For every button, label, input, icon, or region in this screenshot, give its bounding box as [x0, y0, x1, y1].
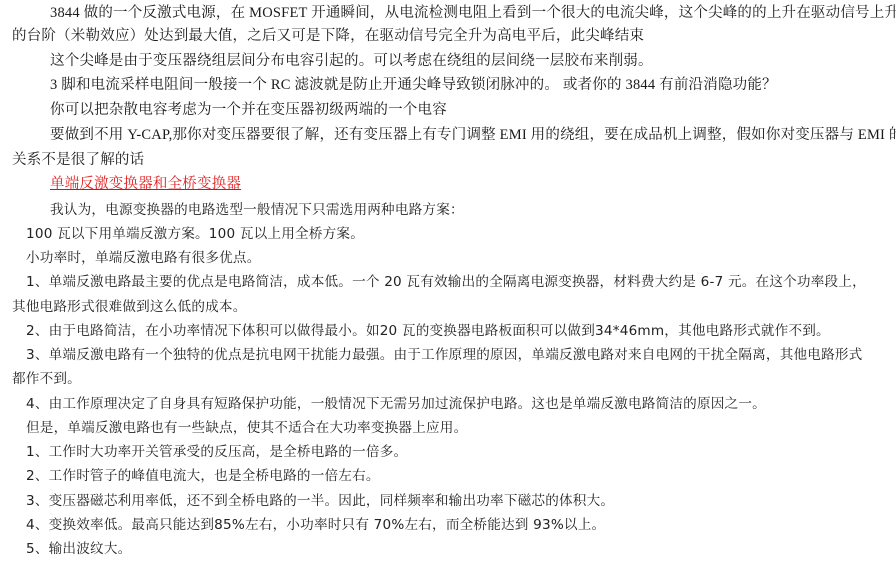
disadvantage-item-3: 3、变压器磁芯利用率低，还不到全桥电路的一半。因此，同样频率和输出功率下磁芯的体… — [26, 491, 614, 511]
advantage-item-2: 2、由于电路简洁，在小功率情况下体积可以做得最小。如20 瓦的变换器电路板面积可… — [26, 321, 830, 341]
paragraph-stray-capacitance: 你可以把杂散电容考虑为一个并在变压器初级两端的一个电容 — [50, 100, 447, 120]
advantage-item-3: 3、单端反激电路有一个独特的优点是抗电网干扰能力最强。由于工作原理的原因，单端反… — [26, 345, 862, 365]
document-page: 3844 做的一个反激式电源，在 MOSFET 开通瞬间，从电流检测电阻上看到一… — [0, 0, 896, 571]
disadvantage-item-2: 2、工作时管子的峰值电流大，也是全桥电路的一倍左右。 — [26, 466, 380, 486]
paragraph-mosfet-spike-cont: 的台阶（米勒效应）处达到最大值，之后又可是下降，在驱动信号完全升为高电平后，此尖… — [12, 26, 644, 46]
advantage-item-1: 1、单端反激电路最主要的优点是电路简洁，成本低。一个 20 瓦有效输出的全隔离电… — [26, 272, 866, 292]
paragraph-disadvantages-intro: 但是，单端反激电路也有一些缺点，使其不适合在大功率变换器上应用。 — [26, 418, 467, 438]
advantage-item-1-cont: 其他电路形式很难做到这么低的成本。 — [12, 297, 247, 317]
disadvantage-item-5: 5、输出波纹大。 — [26, 539, 131, 559]
paragraph-rc-filter: 3 脚和电流采样电阻间一般接一个 RC 滤波就是防止开通尖峰导致锁闭脉冲的。 或… — [50, 75, 777, 95]
paragraph-ycap: 要做到不用 Y-CAP,那你对变压器要很了解，还有变压器上有专门调整 EMI 用… — [50, 125, 896, 145]
advantage-item-3-cont: 都作不到。 — [12, 369, 81, 389]
paragraph-intro: 我认为，电源变换器的电路选型一般情况下只需选用两种电路方案： — [50, 200, 464, 220]
paragraph-ycap-cont: 关系不是很了解的话 — [12, 150, 144, 170]
advantage-item-4: 4、由工作原理决定了自身具有短路保护功能，一般情况下无需另加过流保护电路。这也是… — [26, 394, 766, 414]
article-link-flyback-vs-fullbridge[interactable]: 单端反激变换器和全桥变换器 — [50, 174, 241, 194]
paragraph-low-power-advantages: 小功率时，单端反激电路有很多优点。 — [26, 248, 261, 268]
disadvantage-item-4: 4、变换效率低。最高只能达到85%左右，小功率时只有 70%左右，而全桥能达到 … — [26, 515, 605, 535]
paragraph-100w-rule: 100 瓦以下用单端反激方案。100 瓦以上用全桥方案。 — [26, 224, 364, 244]
paragraph-mosfet-spike: 3844 做的一个反激式电源，在 MOSFET 开通瞬间，从电流检测电阻上看到一… — [50, 3, 896, 23]
paragraph-spike-cause: 这个尖峰是由于变压器绕组层间分布电容引起的。可以考虑在绕组的层间绕一层胶布来削弱… — [50, 51, 653, 71]
disadvantage-item-1: 1、工作时大功率开关管承受的反压高，是全桥电路的一倍多。 — [26, 442, 407, 462]
